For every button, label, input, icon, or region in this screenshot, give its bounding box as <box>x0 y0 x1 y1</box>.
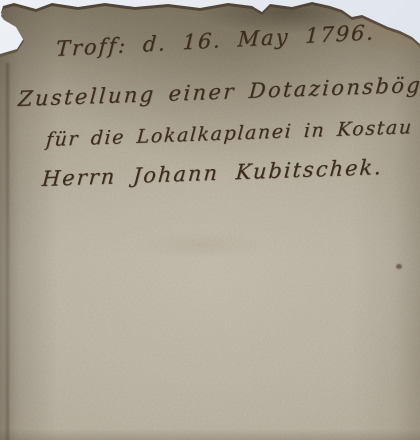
handwritten-line-name: Herrn Johann Kubitschek. <box>41 155 384 191</box>
scanned-document-photo: Troff: d. 16. May 1796. Zustellung einer… <box>0 0 420 440</box>
ink-speck <box>396 264 402 269</box>
handwritten-line-place: für die Lokalkaplanei in Kostau <box>45 116 413 151</box>
handwritten-text-block: Troff: d. 16. May 1796. Zustellung einer… <box>0 3 420 440</box>
manuscript-page: Troff: d. 16. May 1796. Zustellung einer… <box>0 3 420 440</box>
handwritten-line-subject: Zustellung einer Dotazionsbögen <box>17 72 420 111</box>
handwritten-line-dateline: Troff: d. 16. May 1796. <box>55 20 375 61</box>
